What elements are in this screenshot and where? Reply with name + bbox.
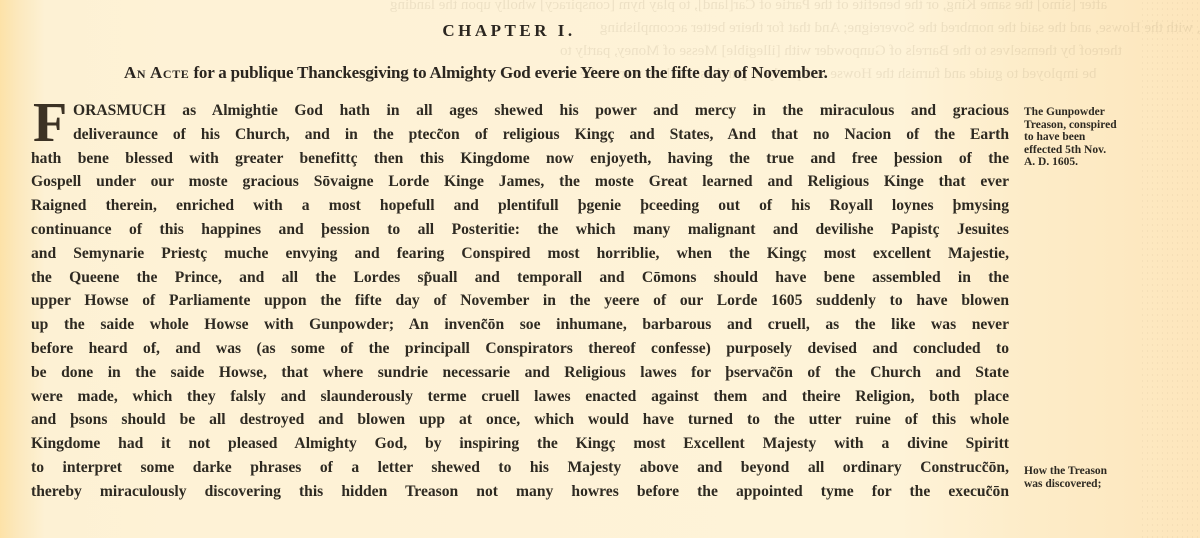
text-line: upper Howse of Parliamente uppon the fif… — [31, 289, 1009, 313]
act-body-text: ORASMUCH as Almightie God hath in all ag… — [31, 99, 1009, 504]
text-line: continuance of this happines and þession… — [31, 218, 1009, 242]
text-line: thereby miraculously discovering this hi… — [31, 480, 1009, 504]
margin-note-line: to have been — [1024, 131, 1144, 144]
text-line: Raigned therein, enriched with a most ho… — [31, 194, 1009, 218]
text-line: to interpret some darke phrases of a let… — [31, 456, 1009, 480]
act-heading-prefix: An Acte — [124, 63, 189, 82]
margin-note-line: A. D. 1605. — [1024, 156, 1144, 169]
bleed-through-line: after [simo] the same King, or the benef… — [390, 0, 1107, 16]
act-heading-text: for a publique Thanckesgiving to Almight… — [189, 63, 827, 82]
chapter-title: CHAPTER I. — [0, 21, 1018, 41]
text-line: the Queene the Prince, and all the Lorde… — [31, 266, 1009, 290]
text-line: were made, which they falsly and slaunde… — [31, 385, 1009, 409]
document-page: after [simo] the same King, or the benef… — [0, 0, 1200, 538]
text-line: ORASMUCH as Almightie God hath in all ag… — [31, 99, 1009, 123]
text-line: be done in the saide Howse, that where s… — [31, 361, 1009, 385]
text-line: before heard of, and was (as some of the… — [31, 337, 1009, 361]
margin-note-line: The Gunpowder — [1024, 106, 1144, 119]
text-line: hath bene blessed with greater benefittç… — [31, 147, 1009, 171]
act-heading: An Acte for a publique Thanckesgiving to… — [124, 63, 828, 83]
margin-note-treason-discovered: How the Treason was discovered; — [1024, 465, 1144, 490]
margin-note-line: How the Treason — [1024, 465, 1144, 478]
margin-note-line: Treason, conspired — [1024, 119, 1144, 132]
text-line: Gospell under our moste gracious Sōvaig… — [31, 170, 1009, 194]
margin-note-line: was discovered; — [1024, 478, 1144, 491]
text-line: and þsons should be all destroyed and bl… — [31, 408, 1009, 432]
margin-note-gunpowder-treason: The Gunpowder Treason, conspired to have… — [1024, 106, 1144, 169]
text-line: Kingdome had it not pleased Almighty God… — [31, 432, 1009, 456]
paper-speckle — [1140, 0, 1200, 538]
text-line: deliveraunce of his Church, and in the p… — [31, 123, 1009, 147]
text-line: and Semynarie Priestç muche envying and … — [31, 242, 1009, 266]
bleed-through-line: thereof by themselves to the Barrels of … — [560, 40, 1122, 62]
margin-note-line: effected 5th Nov. — [1024, 144, 1144, 157]
text-line: up the saide whole Howse with Gunpowder;… — [31, 313, 1009, 337]
